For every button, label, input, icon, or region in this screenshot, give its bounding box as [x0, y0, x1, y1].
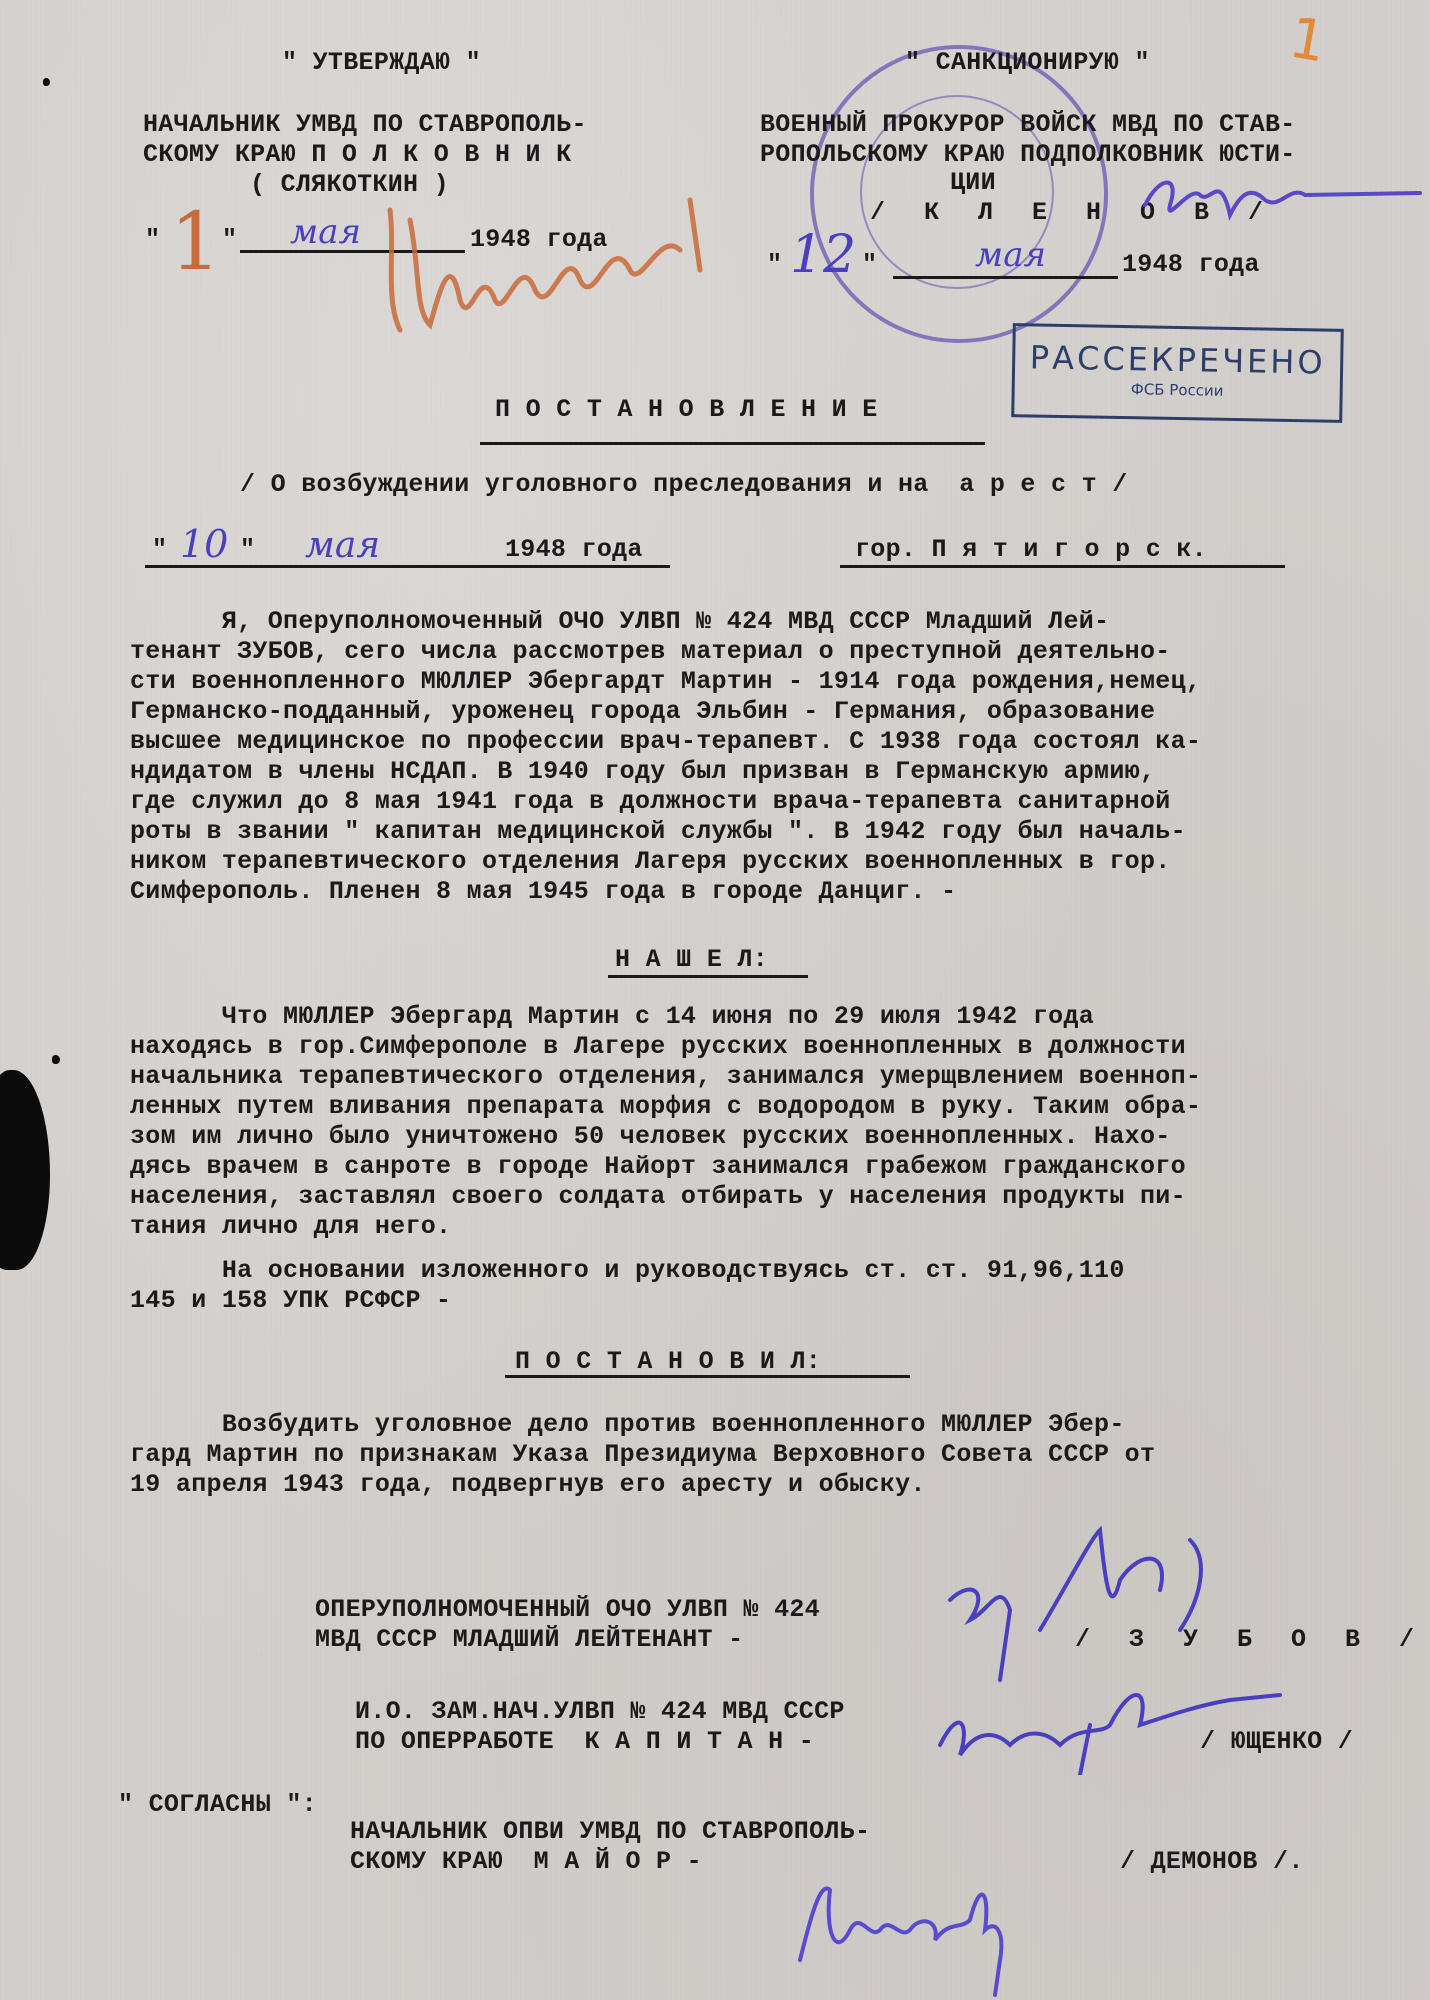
agreed-label: " СОГЛАСНЫ ":: [118, 1790, 317, 1820]
ink-speck: [43, 78, 50, 86]
sanction-date-quote-close: ": [862, 250, 877, 280]
ink-blot: [0, 1070, 50, 1270]
chief-name: / ДЕМОНОВ /.: [1120, 1847, 1304, 1877]
deputy-title-line-2: ПО ОПЕРРАБОТЕ К А П И Т А Н -: [355, 1727, 814, 1757]
document-date-month: мая: [305, 525, 380, 566]
resolved-line: гард Мартин по признакам Указа Президиум…: [130, 1440, 1410, 1470]
approve-heading: " УТВЕРЖДАЮ ": [282, 48, 481, 78]
chief-signature: [790, 1860, 1040, 2000]
deputy-name: / ЮЩЕНКО /: [1200, 1727, 1353, 1757]
officer-name: / З У Б О В /: [1075, 1625, 1426, 1655]
found-line: находясь в гор.Симферополе в Лагере русс…: [130, 1032, 1410, 1062]
approve-date-quote-open: ": [145, 225, 160, 255]
document-date-quote-close: ": [240, 535, 255, 565]
found-heading-underline: [608, 975, 808, 978]
sanction-heading: " САНКЦИОНИРУЮ ": [905, 48, 1150, 78]
sanction-line-3: ЦИИ: [950, 168, 996, 198]
sanction-date-quote-open: ": [767, 250, 782, 280]
approve-date-day: 1: [170, 195, 221, 288]
document-date-underline: [145, 565, 670, 568]
approve-line-2: СКОМУ КРАЮ П О Л К О В Н И К: [143, 140, 571, 170]
resolved-line: 19 апреля 1943 года, подвергнув его арес…: [130, 1470, 1410, 1500]
found-heading: Н А Ш Е Л:: [615, 945, 768, 975]
sanction-date-month: мая: [975, 235, 1046, 275]
intro-line: Симферополь. Пленен 8 мая 1945 года в го…: [130, 877, 1410, 907]
document-title: П О С Т А Н О В Л Е Н И Е: [495, 395, 878, 425]
resolved-heading: П О С Т А Н О В И Л:: [515, 1347, 821, 1377]
intro-line: Я, Оперуполномоченный ОЧО УЛВП № 424 МВД…: [130, 607, 1410, 637]
sanction-date-day: 12: [790, 225, 856, 285]
deputy-title-line-1: И.О. ЗАМ.НАЧ.УЛВП № 424 МВД СССР: [355, 1697, 845, 1727]
sanction-date-underline: [893, 276, 1118, 279]
found-line: дясь врачем в санроте в городе Найорт за…: [130, 1152, 1410, 1182]
resolved-heading-underline: [505, 1375, 910, 1378]
basis-paragraph: На основании изложенного и руководствуяс…: [130, 1256, 1410, 1316]
found-line: населения, заставлял своего солдата отби…: [130, 1182, 1410, 1212]
found-line: Что МЮЛЛЕР Эбергард Мартин с 14 июня по …: [130, 1002, 1410, 1032]
ink-speck: [52, 1055, 60, 1064]
found-line: зом им лично было уничтожено 50 человек …: [130, 1122, 1410, 1152]
approve-line-1: НАЧАЛЬНИК УМВД ПО СТАВРОПОЛЬ-: [143, 110, 587, 140]
found-paragraph: Что МЮЛЛЕР Эбергард Мартин с 14 июня по …: [130, 1002, 1410, 1242]
intro-paragraph: Я, Оперуполномоченный ОЧО УЛВП № 424 МВД…: [130, 607, 1410, 907]
declassified-stamp-title: РАССЕКРЕЧЕНО: [1015, 338, 1341, 382]
document-title-underline: [480, 442, 985, 445]
document-subtitle: / О возбуждении уголовного преследования…: [240, 470, 1128, 500]
intro-line: сти военнопленного МЮЛЛЕР Эбергардт Март…: [130, 667, 1410, 697]
approve-date-quote-close: ": [222, 225, 237, 255]
intro-line: ником терапевтического отделения Лагеря …: [130, 847, 1410, 877]
deputy-signature: [930, 1665, 1310, 1775]
intro-line: тенант ЗУБОВ, сего числа рассмотрев мате…: [130, 637, 1410, 667]
page-number: 1: [1285, 5, 1331, 75]
document-page: 1 " УТВЕРЖДАЮ " НАЧАЛЬНИК УМВД ПО СТАВРО…: [0, 0, 1430, 2000]
intro-line: Германско-подданный, уроженец города Эль…: [130, 697, 1410, 727]
chief-title-line-2: СКОМУ КРАЮ М А Й О Р -: [350, 1847, 702, 1877]
basis-line: На основании изложенного и руководствуяс…: [130, 1256, 1410, 1286]
intro-line: ндидатом в члены НСДАП. В 1940 году был …: [130, 757, 1410, 787]
approve-date-month: мая: [290, 212, 361, 252]
sanction-line-1: ВОЕННЫЙ ПРОКУРОР ВОЙСК МВД ПО СТАВ-: [760, 110, 1296, 140]
officer-title-line-1: ОПЕРУПОЛНОМОЧЕННЫЙ ОЧО УЛВП № 424: [315, 1595, 820, 1625]
document-place-underline: [840, 565, 1285, 568]
officer-title-line-2: МВД СССР МЛАДШИЙ ЛЕЙТЕНАНТ -: [315, 1625, 743, 1655]
document-place: гор. П я т и г о р с к.: [855, 535, 1207, 565]
document-date-day: 10: [180, 522, 228, 566]
document-date-quote-open: ": [152, 535, 167, 565]
document-date-year: 1948 года: [505, 535, 643, 565]
sanction-signature: [1140, 165, 1430, 245]
declassified-stamp: РАССЕКРЕЧЕНО ФСБ России: [1011, 323, 1344, 423]
sanction-date-year: 1948 года: [1122, 250, 1260, 280]
intro-line: высшее медицинское по профессии врач-тер…: [130, 727, 1410, 757]
intro-line: роты в звании " капитан медицинской служ…: [130, 817, 1410, 847]
found-line: начальника терапевтического отделения, з…: [130, 1062, 1410, 1092]
found-line: ленных путем вливания препарата морфия с…: [130, 1092, 1410, 1122]
resolved-paragraph: Возбудить уголовное дело против военнопл…: [130, 1410, 1410, 1500]
basis-line: 145 и 158 УПК РСФСР -: [130, 1286, 1410, 1316]
resolved-line: Возбудить уголовное дело против военнопл…: [130, 1410, 1410, 1440]
intro-line: где служил до 8 мая 1941 года в должност…: [130, 787, 1410, 817]
approve-signature: [380, 190, 720, 340]
found-line: тания лично для него.: [130, 1212, 1410, 1242]
chief-title-line-1: НАЧАЛЬНИК ОПВИ УМВД ПО СТАВРОПОЛЬ-: [350, 1817, 870, 1847]
declassified-stamp-subtitle: ФСБ России: [1015, 378, 1340, 402]
